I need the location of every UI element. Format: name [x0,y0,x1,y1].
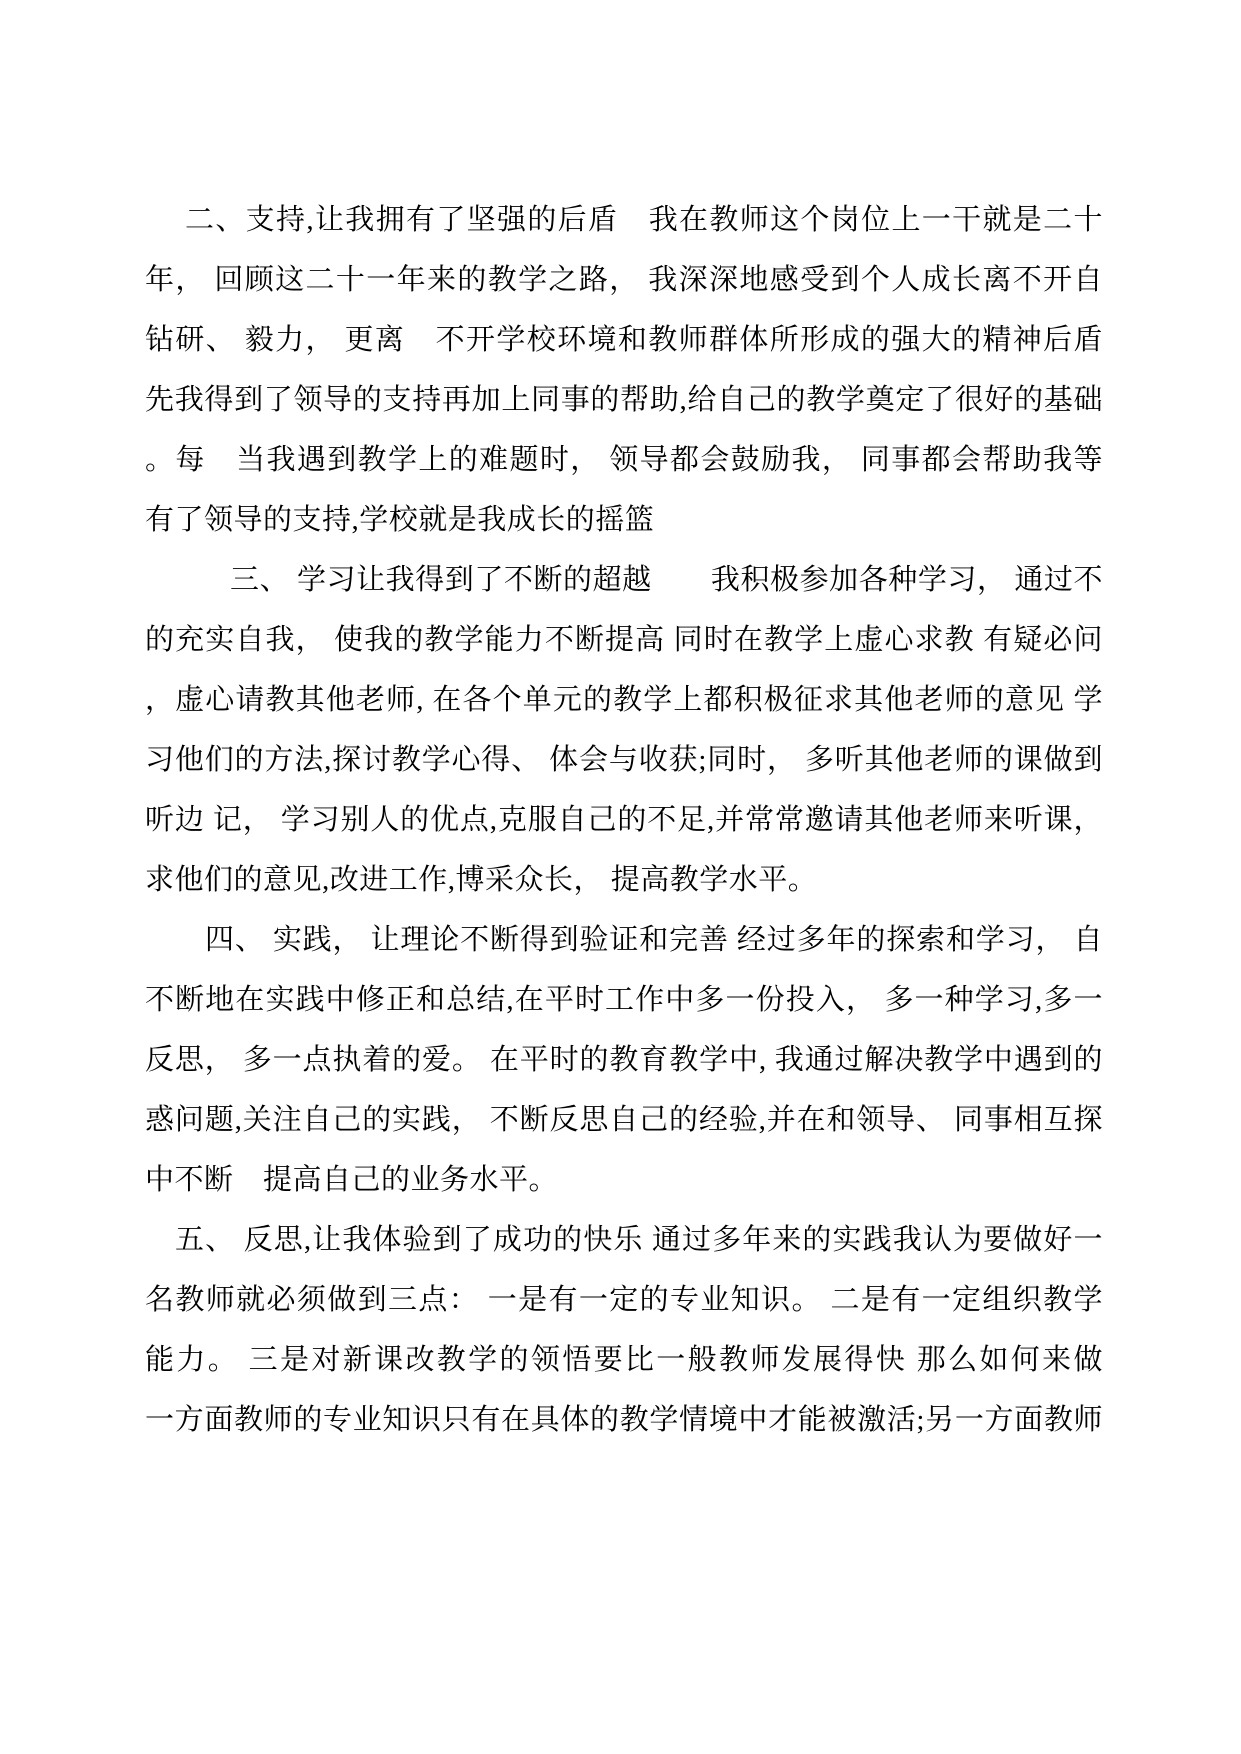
section-2-support: 二、支持,让我拥有了坚强的后盾 我在教师这个岗位上一干就是二十一年， 回顾这二十… [145,190,1103,550]
text-line: 钻研、 毅力， 更离 不开学校环境和教师群体所形成的强大的精神后盾 首 [145,310,1103,370]
text-line: 五、 反思,让我体验到了成功的快乐 通过多年来的实践我认为要做好一 [145,1210,1103,1270]
text-line: 不断地在实践中修正和总结,在平时工作中多一份投入， 多一种学习,多一些 [145,970,1103,1030]
section-3-learning: 三、 学习让我得到了不断的超越 我积极参加各种学习， 通过不断的充实自我， 使我… [145,550,1103,910]
text-line: 二、支持,让我拥有了坚强的后盾 我在教师这个岗位上一干就是二十一 [145,190,1103,250]
document-page: 二、支持,让我拥有了坚强的后盾 我在教师这个岗位上一干就是二十一年， 回顾这二十… [0,0,1241,1754]
text-line: 有了领导的支持,学校就是我成长的摇篮 [145,490,1103,550]
text-line: 一方面教师的专业知识只有在具体的教学情境中才能被激活;另一方面教师 [145,1390,1103,1450]
text-line: 求他们的意见,改进工作,博采众长， 提高教学水平。 [145,850,1103,910]
text-line: 的充实自我， 使我的教学能力不断提高 同时在教学上虚心求教 有疑必问 [145,610,1103,670]
section-5-reflection: 五、 反思,让我体验到了成功的快乐 通过多年来的实践我认为要做好一名教师就必须做… [145,1210,1103,1450]
text-line: 反思， 多一点执着的爱。 在平时的教育教学中, 我通过解决教学中遇到的困 [145,1030,1103,1090]
section-4-practice: 四、 实践， 让理论不断得到验证和完善 经过多年的探索和学习， 自己不断地在实践… [145,910,1103,1210]
text-line: 四、 实践， 让理论不断得到验证和完善 经过多年的探索和学习， 自己 [145,910,1103,970]
text-body: 二、支持,让我拥有了坚强的后盾 我在教师这个岗位上一干就是二十一年， 回顾这二十… [145,190,1103,1450]
text-line: 年， 回顾这二十一年来的教学之路， 我深深地感受到个人成长离不开自信 [145,250,1103,310]
text-line: 中不断 提高自己的业务水平。 [145,1150,1103,1210]
text-line: ，虚心请教其他老师, 在各个单元的教学上都积极征求其他老师的意见 学 [145,670,1103,730]
text-line: 听边 记， 学习别人的优点,克服自己的不足,并常常邀请其他老师来听课， 征 [145,790,1103,850]
text-line: 三、 学习让我得到了不断的超越 我积极参加各种学习， 通过不断 [145,550,1103,610]
text-line: 惑问题,关注自己的实践， 不断反思自己的经验,并在和领导、 同事相互探讨 [145,1090,1103,1150]
text-line: 名教师就必须做到三点： 一是有一定的专业知识。 二是有一定组织教学的 [145,1270,1103,1330]
text-line: 能力。 三是对新课改教学的领悟要比一般教师发展得快 那么如何来做呢？ [145,1330,1103,1390]
text-line: 。每 当我遇到教学上的难题时， 领导都会鼓励我， 同事都会帮助我等等 [145,430,1103,490]
text-line: 先我得到了领导的支持再加上同事的帮助,给自己的教学奠定了很好的基础 [145,370,1103,430]
text-line: 习他们的方法,探讨教学心得、 体会与收获;同时， 多听其他老师的课做到边 [145,730,1103,790]
